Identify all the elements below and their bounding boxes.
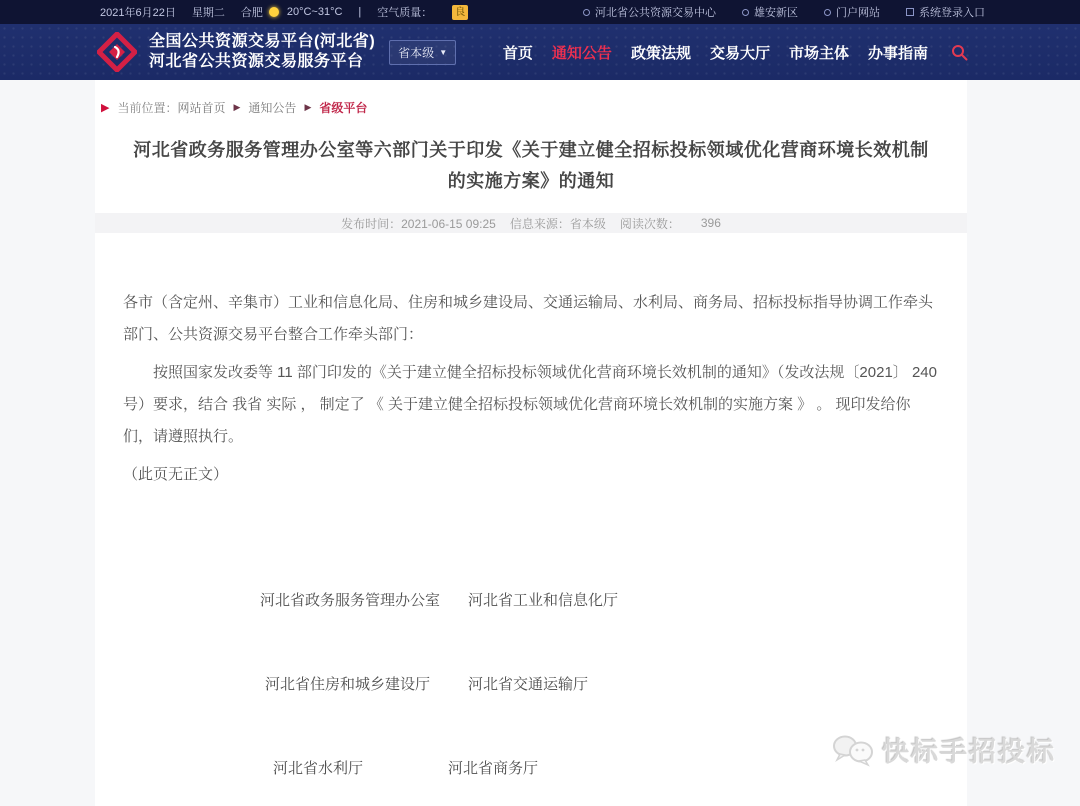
air-quality-badge: 良	[452, 5, 468, 20]
link-portal[interactable]: 门户网站	[824, 4, 880, 20]
link-label: 门户网站	[836, 4, 880, 20]
link-icon	[583, 9, 590, 16]
region-selector-value: 省本级	[398, 44, 434, 61]
divider-text: |	[358, 6, 361, 18]
content-column: ▶ 当前位置： 网站首页 ▶ 通知公告 ▶ 省级平台 河北省政务服务管理办公室等…	[95, 80, 967, 806]
site-title: 全国公共资源交易平台(河北省) 河北省公共资源交易服务平台	[149, 32, 375, 72]
nav-item-notices[interactable]: 通知公告	[552, 42, 612, 63]
breadcrumb-separator-icon: ▶	[304, 102, 311, 113]
main-nav: 首页 通知公告 政策法规 交易大厅 市场主体 办事指南	[503, 42, 968, 63]
temperature-text: 20°C~31°C	[287, 6, 343, 18]
nav-item-service-guide[interactable]: 办事指南	[868, 42, 928, 63]
breadcrumb-item-notices[interactable]: 通知公告	[248, 99, 296, 116]
info-source: 信息来源：省本级	[510, 215, 606, 232]
article-paragraph: （此页无正文）	[123, 459, 939, 491]
link-label: 河北省公共资源交易中心	[595, 4, 716, 20]
weekday-text: 星期二	[192, 4, 225, 20]
link-label: 系统登录入口	[919, 4, 985, 20]
chevron-down-icon: ▼	[439, 48, 447, 57]
region-selector-dropdown[interactable]: 省本级 ▼	[389, 40, 456, 65]
page-body: ▶ 当前位置： 网站首页 ▶ 通知公告 ▶ 省级平台 河北省政务服务管理办公室等…	[0, 80, 1080, 806]
breadcrumb-arrow-icon: ▶	[101, 101, 109, 114]
article-title: 河北省政务服务管理办公室等六部门关于印发《关于建立健全招标投标领域优化营商环境长…	[126, 135, 936, 197]
signature-agency: 河北省水利厅	[273, 757, 363, 779]
air-quality-label: 空气质量：	[377, 4, 432, 20]
article-meta-bar: 发布时间：2021-06-15 09:25 信息来源：省本级 阅读次数： 396	[95, 213, 967, 233]
article-paragraph: 按照国家发改委等 11 部门印发的《关于建立健全招标投标领域优化营商环境长效机制…	[123, 357, 939, 453]
views-label: 阅读次数：	[620, 215, 680, 232]
link-xiongan[interactable]: 雄安新区	[742, 4, 798, 20]
top-links: 河北省公共资源交易中心 雄安新区 门户网站 系统登录入口	[557, 4, 985, 20]
breadcrumb-location-label: 当前位置：	[117, 99, 177, 116]
nav-item-policies[interactable]: 政策法规	[631, 42, 691, 63]
signature-agency: 河北省工业和信息化厅	[468, 589, 618, 611]
signature-agency: 河北省交通运输厅	[468, 673, 588, 695]
link-icon	[742, 9, 749, 16]
signature-row: 河北省水利厅 河北省商务厅	[273, 757, 939, 779]
article-body: 各市（含定州、辛集市）工业和信息化局、住房和城乡建设局、交通运输局、水利局、商务…	[95, 233, 967, 779]
site-header: 全国公共资源交易平台(河北省) 河北省公共资源交易服务平台 省本级 ▼ 首页 通…	[0, 24, 1080, 80]
signature-row: 河北省政务服务管理办公室 河北省工业和信息化厅	[260, 589, 939, 611]
views-count: 396	[701, 216, 721, 230]
signature-agency: 河北省住房和城乡建设厅	[265, 673, 430, 695]
site-brand[interactable]: 全国公共资源交易平台(河北省) 河北省公共资源交易服务平台	[97, 32, 375, 72]
nav-item-home[interactable]: 首页	[503, 42, 533, 63]
signature-row: 河北省住房和城乡建设厅 河北省交通运输厅	[265, 673, 939, 695]
login-icon	[906, 8, 914, 16]
date-text: 2021年6月22日	[100, 4, 176, 20]
sun-icon	[269, 7, 279, 17]
city-text: 合肥	[241, 4, 263, 20]
site-logo-icon	[97, 32, 137, 72]
link-system-login[interactable]: 系统登录入口	[906, 4, 985, 20]
weather-info: 2021年6月22日 星期二 合肥 20°C~31°C | 空气质量： 良	[100, 4, 484, 20]
link-icon	[824, 9, 831, 16]
site-title-line1: 全国公共资源交易平台(河北省)	[149, 32, 375, 52]
nav-item-trading-hall[interactable]: 交易大厅	[710, 42, 770, 63]
top-utility-bar: 2021年6月22日 星期二 合肥 20°C~31°C | 空气质量： 良 河北…	[0, 0, 1080, 24]
link-label: 雄安新区	[754, 4, 798, 20]
nav-item-market-entities[interactable]: 市场主体	[789, 42, 849, 63]
breadcrumb-separator-icon: ▶	[234, 102, 241, 113]
breadcrumb-item-home[interactable]: 网站首页	[177, 99, 225, 116]
signature-agency: 河北省商务厅	[448, 757, 538, 779]
signature-agency: 河北省政务服务管理办公室	[260, 589, 440, 611]
link-trading-center[interactable]: 河北省公共资源交易中心	[583, 4, 716, 20]
breadcrumb-item-current: 省级平台	[319, 99, 367, 116]
breadcrumb: ▶ 当前位置： 网站首页 ▶ 通知公告 ▶ 省级平台	[95, 80, 967, 121]
site-title-line2: 河北省公共资源交易服务平台	[149, 52, 375, 72]
article-paragraph: 各市（含定州、辛集市）工业和信息化局、住房和城乡建设局、交通运输局、水利局、商务…	[123, 287, 939, 351]
search-icon[interactable]	[951, 44, 968, 61]
publish-time: 发布时间：2021-06-15 09:25	[341, 215, 496, 232]
